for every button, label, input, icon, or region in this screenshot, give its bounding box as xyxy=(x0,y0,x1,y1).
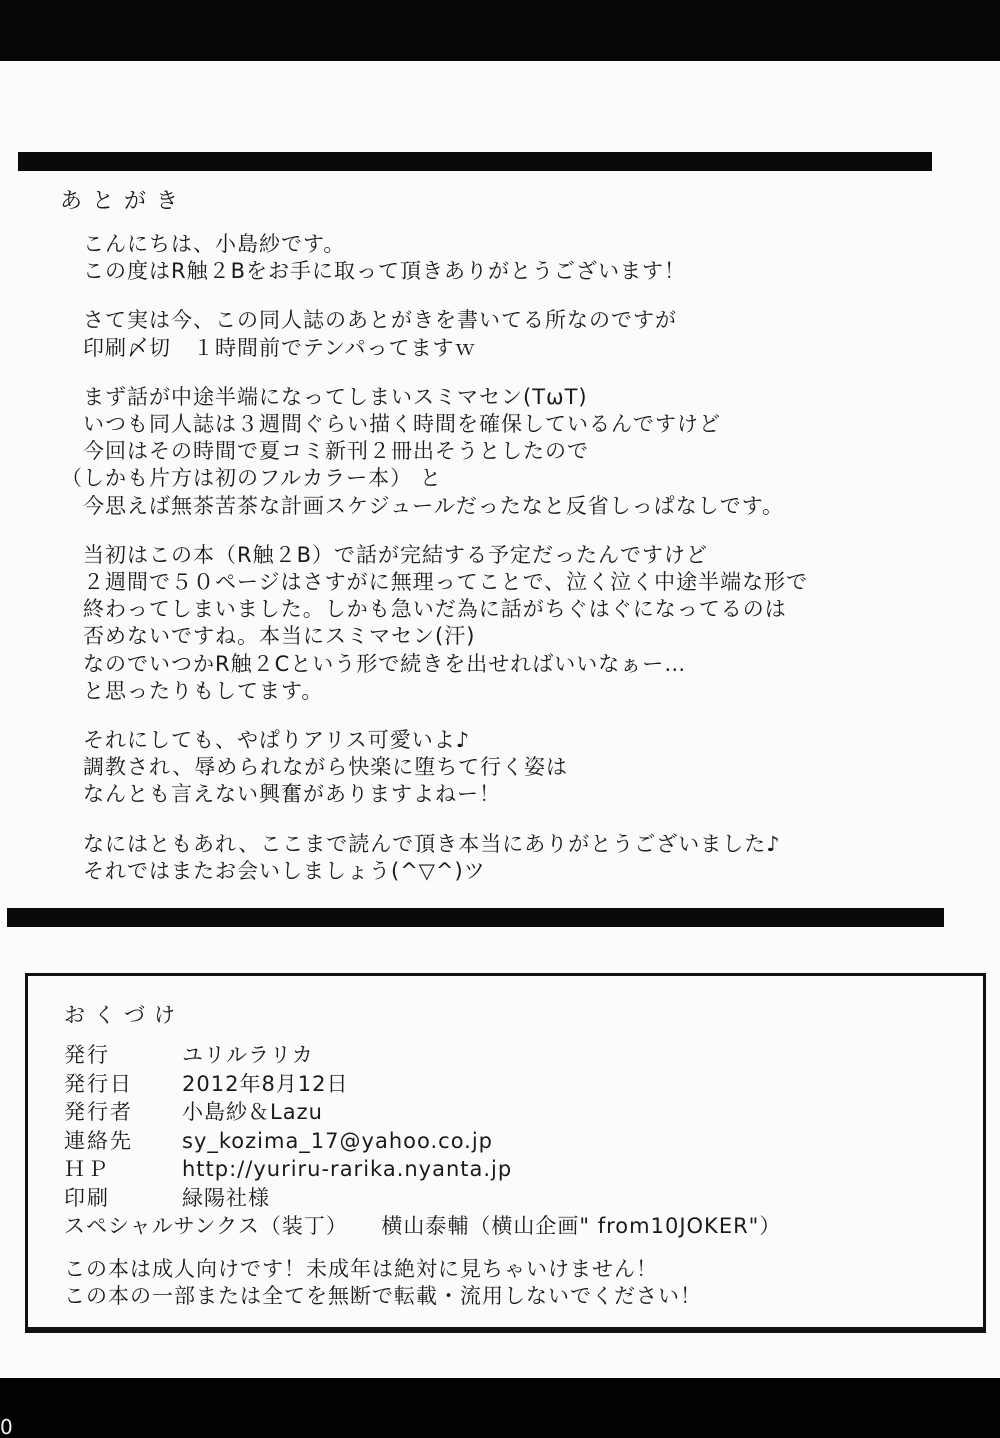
afterword-line: 調教され、辱められながら快楽に堕ちて行く姿は xyxy=(83,754,950,781)
colophon-heading: おくづけ xyxy=(64,1002,963,1028)
colophon-label: 連絡先 xyxy=(64,1128,182,1156)
colophon-row-publish-date: 発行日2012年8月12日 xyxy=(64,1071,963,1100)
afterword-line: なにはともあれ、ここまで読んで頂き本当にありがとうございました♪ xyxy=(83,831,950,858)
afterword-line: なんとも言えない興奮がありますよねー！ xyxy=(83,781,950,808)
colophon-label: ＨＰ xyxy=(64,1156,182,1184)
afterword-paragraph-5: それにしても、やぱりアリス可愛いよ♪ 調教され、辱められながら快楽に堕ちて行く姿… xyxy=(83,727,950,809)
afterword-line: と思ったりもしてます。 xyxy=(83,678,950,705)
colophon-value: 小島紗＆Lazu xyxy=(182,1100,323,1124)
colophon-box: おくづけ 発行ユリルラリカ 発行日2012年8月12日 発行者小島紗＆Lazu … xyxy=(25,973,986,1333)
colophon-value: 緑陽社様 xyxy=(182,1186,270,1210)
afterword-line: この度はR触２Bをお手に取って頂きありがとうございます！ xyxy=(83,258,950,285)
colophon-warnings: この本は成人向けです！未成年は絶対に見ちゃいけません！ この本の一部または全てを… xyxy=(64,1256,963,1310)
afterword-paragraph-3: まず話が中途半端になってしまいスミマセン(TωT) いつも同人誌は３週間ぐらい描… xyxy=(83,384,950,520)
afterword-paragraph-4: 当初はこの本（R触２B）で話が完結する予定だったんですけど ２週間で５０ページは… xyxy=(83,542,950,705)
afterword-heading: あとがき xyxy=(60,188,950,215)
afterword-line: 当初はこの本（R触２B）で話が完結する予定だったんですけど xyxy=(83,542,950,569)
afterword-line: 印刷〆切 １時間前でテンパってますｗ xyxy=(83,335,950,362)
afterword-line: なのでいつかR触２Cという形で続きを出せればいいなぁー… xyxy=(83,651,950,678)
colophon-value: ユリルラリカ xyxy=(182,1043,314,1067)
afterword-line: まず話が中途半端になってしまいスミマセン(TωT) xyxy=(83,384,950,411)
colophon-row-contact: 連絡先sy_kozima_17@yahoo.co.jp xyxy=(64,1128,963,1157)
section-divider-bottom xyxy=(7,908,944,927)
afterword-line: いつも同人誌は３週間ぐらい描く時間を確保しているんですけど xyxy=(83,411,950,438)
afterword-line: ２週間で５０ページはさすがに無理ってことで、泣く泣く中途半端な形で xyxy=(83,569,950,596)
afterword-paragraph-2: さて実は今、この同人誌のあとがきを書いてる所なのですが 印刷〆切 １時間前でテン… xyxy=(83,307,950,361)
afterword-line: 否めないですね。本当にスミマセン(汗) xyxy=(83,623,950,650)
afterword-line: こんにちは、小島紗です。 xyxy=(83,231,950,258)
colophon-row-publisher: 発行ユリルラリカ xyxy=(64,1042,963,1071)
scan-top-band xyxy=(0,0,1000,61)
colophon-value: 2012年8月12日 xyxy=(182,1072,349,1096)
no-reproduction-line: この本の一部または全てを無断で転載・流用しないでください！ xyxy=(64,1283,963,1310)
colophon-label: 発行日 xyxy=(64,1071,182,1099)
afterword-line: さて実は今、この同人誌のあとがきを書いてる所なのですが xyxy=(83,307,950,334)
afterword-line: （しかも片方は初のフルカラー本） と xyxy=(61,465,950,492)
scanned-page: あとがき こんにちは、小島紗です。 この度はR触２Bをお手に取って頂きありがとう… xyxy=(0,0,1000,1438)
scan-bottom-band: 0 xyxy=(0,1378,1000,1438)
page-number: 0 xyxy=(0,1417,13,1437)
afterword-line: それではまたお会いしましょう(^▽^)ツ xyxy=(83,858,950,885)
colophon-url-text: http://yuriru-rarika.nyanta.jp xyxy=(182,1157,512,1181)
colophon-label: 発行 xyxy=(64,1042,182,1070)
afterword-line: それにしても、やぱりアリス可愛いよ♪ xyxy=(83,727,950,754)
colophon-email-text: sy_kozima_17@yahoo.co.jp xyxy=(182,1129,493,1153)
colophon-row-printer: 印刷緑陽社様 xyxy=(64,1185,963,1214)
adult-warning-line: この本は成人向けです！未成年は絶対に見ちゃいけません！ xyxy=(64,1256,963,1283)
afterword-section: あとがき こんにちは、小島紗です。 この度はR触２Bをお手に取って頂きありがとう… xyxy=(60,188,950,907)
afterword-paragraph-6: なにはともあれ、ここまで読んで頂き本当にありがとうございました♪ それではまたお… xyxy=(83,831,950,885)
colophon-special-thanks: スペシャルサンクス（装丁） 横山泰輔（横山企画" from10JOKER"） xyxy=(64,1213,963,1241)
colophon-label: 発行者 xyxy=(64,1099,182,1127)
colophon-row-author: 発行者小島紗＆Lazu xyxy=(64,1099,963,1128)
afterword-paragraph-1: こんにちは、小島紗です。 この度はR触２Bをお手に取って頂きありがとうございます… xyxy=(83,231,950,285)
afterword-line: 今回はその時間で夏コミ新刊２冊出そうとしたので xyxy=(83,438,950,465)
afterword-line: 今思えば無茶苦茶な計画スケジュールだったなと反省しっぱなしです。 xyxy=(83,493,950,520)
afterword-line: 終わってしまいました。しかも急いだ為に話がちぐはぐになってるのは xyxy=(83,596,950,623)
section-divider-top xyxy=(18,152,932,171)
colophon-label: 印刷 xyxy=(64,1185,182,1213)
colophon-row-homepage: ＨＰhttp://yuriru-rarika.nyanta.jp xyxy=(64,1156,963,1185)
